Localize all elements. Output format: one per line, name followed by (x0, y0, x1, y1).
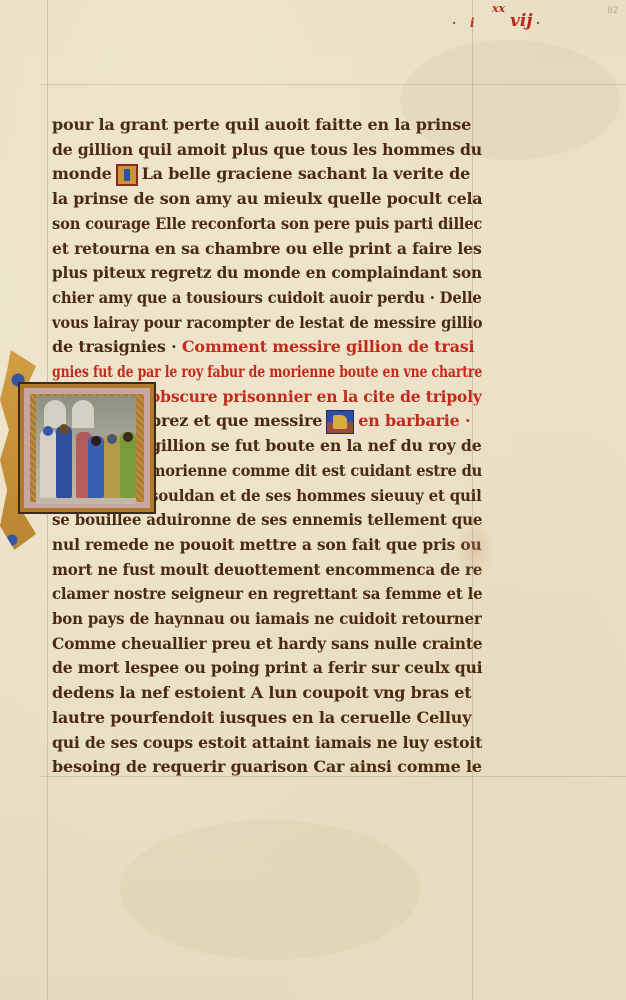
foliation-dot: · (536, 16, 540, 30)
figure-head (43, 426, 53, 436)
pencil-folio-number: 82 (607, 6, 618, 16)
figure-head (59, 424, 69, 434)
text-line: mort ne fust moult deuottement encommenc… (52, 558, 482, 582)
foliation-number: · i xx vij · (450, 2, 560, 36)
initial-letter-frame (18, 382, 156, 514)
rubric-line: obscure prisonnier en la cite de tripoly (150, 385, 482, 409)
text-line: dedens la nef estoient A lun coupoit vng… (52, 681, 471, 705)
text-line: de gillion quil amoit plus que tous les … (52, 138, 482, 162)
decorated-initial-t (326, 410, 354, 434)
parchment-stain (455, 520, 495, 580)
decorated-initial-l (116, 164, 138, 186)
text-line: lautre pourfendoit iusques en la ceruell… (52, 706, 471, 730)
text-line: et retourna en sa chambre ou elle print … (52, 237, 482, 261)
text-line: de mort lespee ou poing print a ferir su… (52, 656, 482, 680)
text-line: plus piteux regretz du monde en complain… (52, 261, 482, 285)
text-line: son courage Elle reconforta son pere pui… (52, 212, 482, 236)
figure-head (91, 436, 101, 446)
text-line: la prinse de son amy au mieulx quelle po… (52, 187, 482, 211)
text-line: prez et que messireen barbarie · (150, 409, 470, 433)
ruling-line-top (40, 84, 626, 85)
text-line: gillion se fut boute en la nef du roy de (150, 434, 482, 458)
text-line: souldan et de ses hommes sieuuy et quil (150, 484, 482, 508)
text-line: clamer nostre seigneur en regrettant sa … (52, 582, 482, 606)
text-line: bon pays de haynnau ou iamais ne cuidoit… (52, 607, 482, 631)
figure-noble (56, 426, 72, 498)
rubric-heading: Comment messire gillion de trasi (182, 337, 475, 356)
miniature-scene (36, 396, 136, 504)
foliation-dot: · (452, 16, 456, 30)
figure-head (123, 432, 133, 442)
text-line: Comme cheuallier preu et hardy sans null… (52, 632, 482, 656)
text-line: chier amy que a tousiours cuidoit auoir … (52, 286, 482, 310)
text-line: morienne comme dit est cuidant estre du (150, 459, 482, 483)
historiated-initial (0, 350, 160, 550)
arch (72, 400, 94, 428)
foliation-roman-left: i (470, 16, 475, 30)
foliation-roman-number: vij (510, 11, 533, 31)
figure-courtier (40, 430, 56, 498)
foliation-superscript: xx (492, 2, 505, 15)
text-line: besoing de requerir guarison Car ainsi c… (52, 755, 482, 779)
figure-head (107, 434, 117, 444)
text-line: qui de ses coups estoit attaint iamais n… (52, 731, 482, 755)
text-line: pour la grant perte quil auoit faitte en… (52, 113, 471, 137)
parchment-stain (120, 820, 420, 960)
text-line: vous lairay pour racompter de lestat de … (52, 311, 482, 335)
text-line: mondeLa belle graciene sachant la verite… (52, 162, 470, 186)
manuscript-folio: · i xx vij · 82 pour la grant perte quil… (0, 0, 626, 1000)
